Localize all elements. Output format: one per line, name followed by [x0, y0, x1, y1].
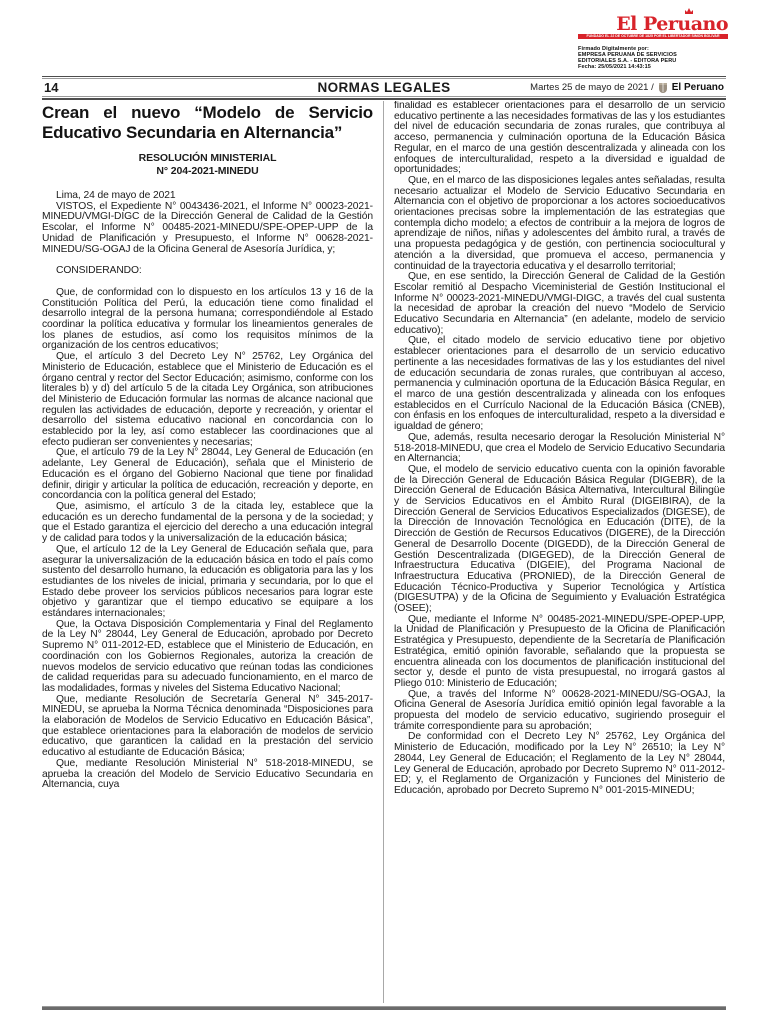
paragraph: De conformidad con el Decreto Ley N° 257…	[394, 732, 725, 796]
el-peruano-logo: El Peruano FUNDADO EL 22 DE OCTUBRE DE 1…	[578, 8, 728, 39]
resolution-line: N° 204-2021-MINEDU	[42, 165, 373, 178]
paragraph: Que, mediante Resolución Ministerial N° …	[42, 759, 373, 791]
digital-signature-block: Firmado Digitalmente por: EMPRESA PERUAN…	[578, 46, 728, 71]
logo-wordmark: El Peruano	[578, 15, 728, 33]
paragraph-considerando: CONSIDERANDO:	[42, 266, 373, 277]
paragraph: Que, además, resulta necesario derogar l…	[394, 433, 725, 465]
column-divider	[383, 101, 384, 1003]
paragraph: Que, el citado modelo de servicio educat…	[394, 336, 725, 432]
article-body: Crean el nuevo “Modelo de Servicio Educa…	[42, 101, 726, 1003]
signature-line: Fecha: 25/05/2021 14:43:15	[578, 64, 728, 70]
header-date-line: Martes 25 de mayo de 2021 / El Peruano	[530, 82, 724, 94]
resolution-heading: RESOLUCIÓN MINISTERIAL N° 204-2021-MINED…	[42, 152, 373, 177]
paragraph: Que, el artículo 79 de la Ley N° 28044, …	[42, 448, 373, 502]
paragraph: Que, mediante Resolución de Secretaría G…	[42, 695, 373, 759]
date-text: Martes 25 de mayo de 2021 /	[530, 82, 654, 93]
paragraph: Que, el artículo 12 de la Ley General de…	[42, 545, 373, 620]
page-number: 14	[44, 80, 58, 95]
paragraph: Que, el modelo de servicio educativo cue…	[394, 465, 725, 615]
header-bottom-rule	[42, 96, 726, 100]
masthead: El Peruano FUNDADO EL 22 DE OCTUBRE DE 1…	[578, 8, 728, 70]
paragraph: Que, mediante el Informe N° 00485-2021-M…	[394, 615, 725, 690]
page-header: 14 NORMAS LEGALES Martes 25 de mayo de 2…	[42, 76, 726, 100]
paragraph: finalidad es establecer orientaciones pa…	[394, 101, 725, 176]
paragraph-vistos: VISTOS, el Expediente N° 0043436-2021, e…	[42, 202, 373, 256]
paragraph: Que, de conformidad con lo dispuesto en …	[42, 288, 373, 352]
page-bottom-rule	[42, 1006, 726, 1010]
masthead-label: El Peruano	[672, 82, 724, 93]
right-column: finalidad es establecer orientaciones pa…	[394, 101, 725, 1003]
paragraph: Que, en el marco de las disposiciones le…	[394, 176, 725, 272]
newspaper-page: El Peruano FUNDADO EL 22 DE OCTUBRE DE 1…	[0, 0, 768, 1024]
logo-tagline: FUNDADO EL 22 DE OCTUBRE DE 1825 POR EL …	[578, 34, 728, 39]
article-title: Crean el nuevo “Modelo de Servicio Educa…	[42, 103, 373, 142]
paragraph: Que, asimismo, el artículo 3 de la citad…	[42, 502, 373, 545]
paragraph: Que, en ese sentido, la Dirección Genera…	[394, 272, 725, 336]
left-column: Crean el nuevo “Modelo de Servicio Educa…	[42, 101, 373, 1003]
paragraph: Que, el artículo 3 del Decreto Ley N° 25…	[42, 352, 373, 448]
resolution-line: RESOLUCIÓN MINISTERIAL	[42, 152, 373, 165]
coat-of-arms-icon	[657, 82, 669, 94]
paragraph: Que, a través del Informe N° 00628-2021-…	[394, 690, 725, 733]
paragraph: Que, la Octava Disposición Complementari…	[42, 620, 373, 695]
